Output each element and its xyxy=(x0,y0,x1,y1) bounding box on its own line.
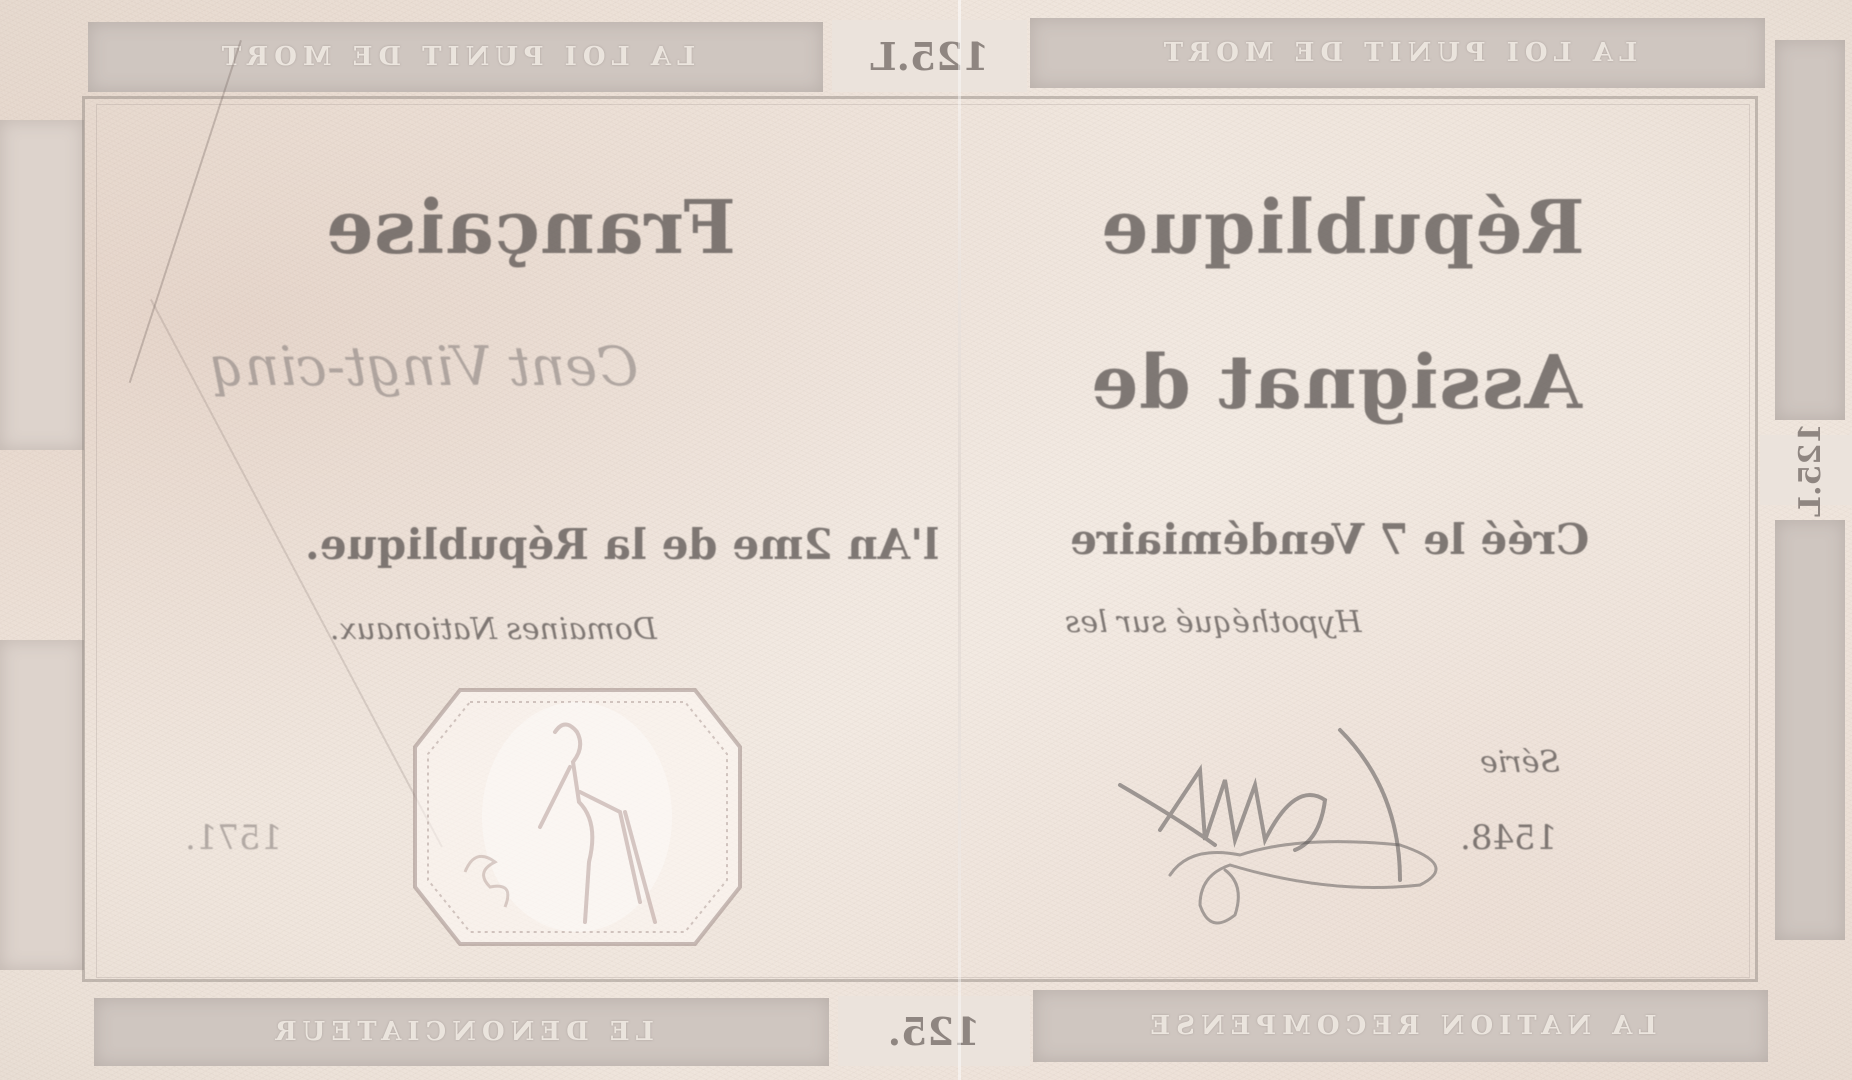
embossed-seal xyxy=(405,672,750,962)
title-francaise: Française xyxy=(325,185,736,271)
right-border-band-upper xyxy=(1775,40,1845,420)
handwritten-signature xyxy=(1090,700,1510,940)
signature-icon xyxy=(1090,700,1510,940)
left-border-band-lower xyxy=(0,640,84,970)
top-border-band-left: LA LOI PUNIT DE MORT xyxy=(88,22,823,92)
bottom-border-band-left: LE DENONCIATEUR xyxy=(94,998,829,1066)
top-border-band-right: LA LOI PUNIT DE MORT xyxy=(1030,18,1765,88)
top-left-border-text: LA LOI PUNIT DE MORT xyxy=(88,22,823,92)
right-border-band-lower xyxy=(1775,520,1845,940)
left-border-band-upper xyxy=(0,120,84,450)
top-denomination-box: 125.L xyxy=(832,20,1027,92)
center-fold xyxy=(958,0,961,1080)
amount-in-words: Cent Vingt-cinq xyxy=(210,335,638,398)
domains-line: Domaines Nationaux. xyxy=(330,612,657,647)
year-line: l'An 2me de la République. xyxy=(305,520,939,569)
title-republique: République xyxy=(1100,185,1585,271)
bottom-right-border-text: LA NATION RECOMPENSE xyxy=(1033,990,1768,1062)
created-line: Créé le 7 Vendémiaire xyxy=(1070,515,1589,564)
assignat-banknote: LA LOI PUNIT DE MORT 125.L LA LOI PUNIT … xyxy=(0,0,1852,1080)
bottom-left-border-text: LE DENONCIATEUR xyxy=(94,998,829,1066)
right-denomination-box: 125.L xyxy=(1760,435,1852,505)
mortgage-line: Hypothéqué sur les xyxy=(1065,605,1362,640)
top-right-border-text: LA LOI PUNIT DE MORT xyxy=(1030,18,1765,88)
bottom-border-band-right: LA NATION RECOMPENSE xyxy=(1033,990,1768,1062)
bottom-denomination-box: 125. xyxy=(838,996,1030,1066)
serial-number: 1571. xyxy=(185,818,282,858)
octagon-seal-icon xyxy=(405,672,750,962)
title-assignat-de: Assignat de xyxy=(1090,340,1582,426)
